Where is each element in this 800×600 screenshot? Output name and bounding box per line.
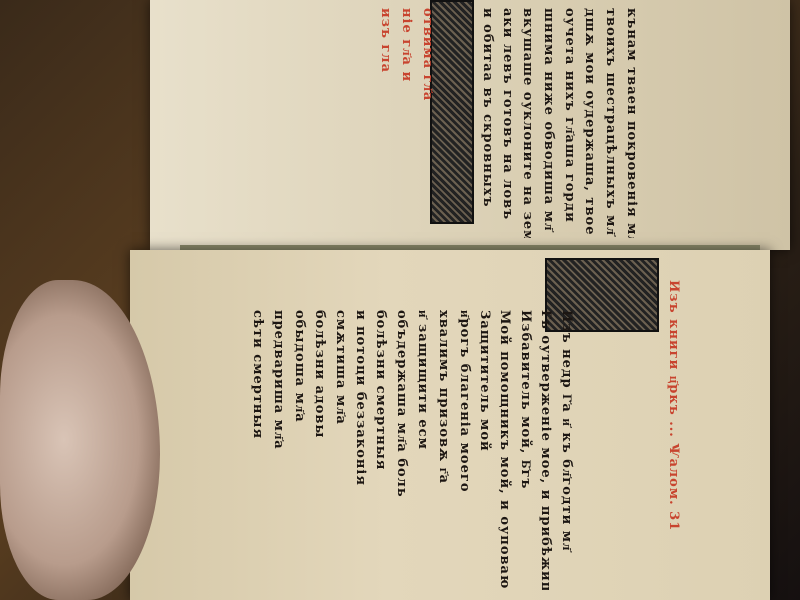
top-page-text: кънам тваен покровенія мл҃ твоихъ шестра…: [480, 8, 639, 238]
rubric: Изъ книги ц҃ркъ ... Ѱалом. 31: [665, 280, 681, 580]
bottom-page-text: Изъ недр Г҃а и҃ къ бл҃годти мл҃ Гь оутве…: [250, 310, 574, 590]
woodcut-ornament: [430, 0, 474, 224]
bottom-page: Изъ книги ц҃ркъ ... Ѱалом. 31 Изъ недр Г…: [130, 250, 770, 600]
top-page-rubrics: отвима гл҃а ніе гл҃а и изъ гла: [378, 8, 435, 238]
top-page: кънам тваен покровенія мл҃ твоихъ шестра…: [150, 0, 790, 250]
bottom-page-rubric: Изъ книги ц҃ркъ ... Ѱалом. 31: [665, 280, 681, 580]
